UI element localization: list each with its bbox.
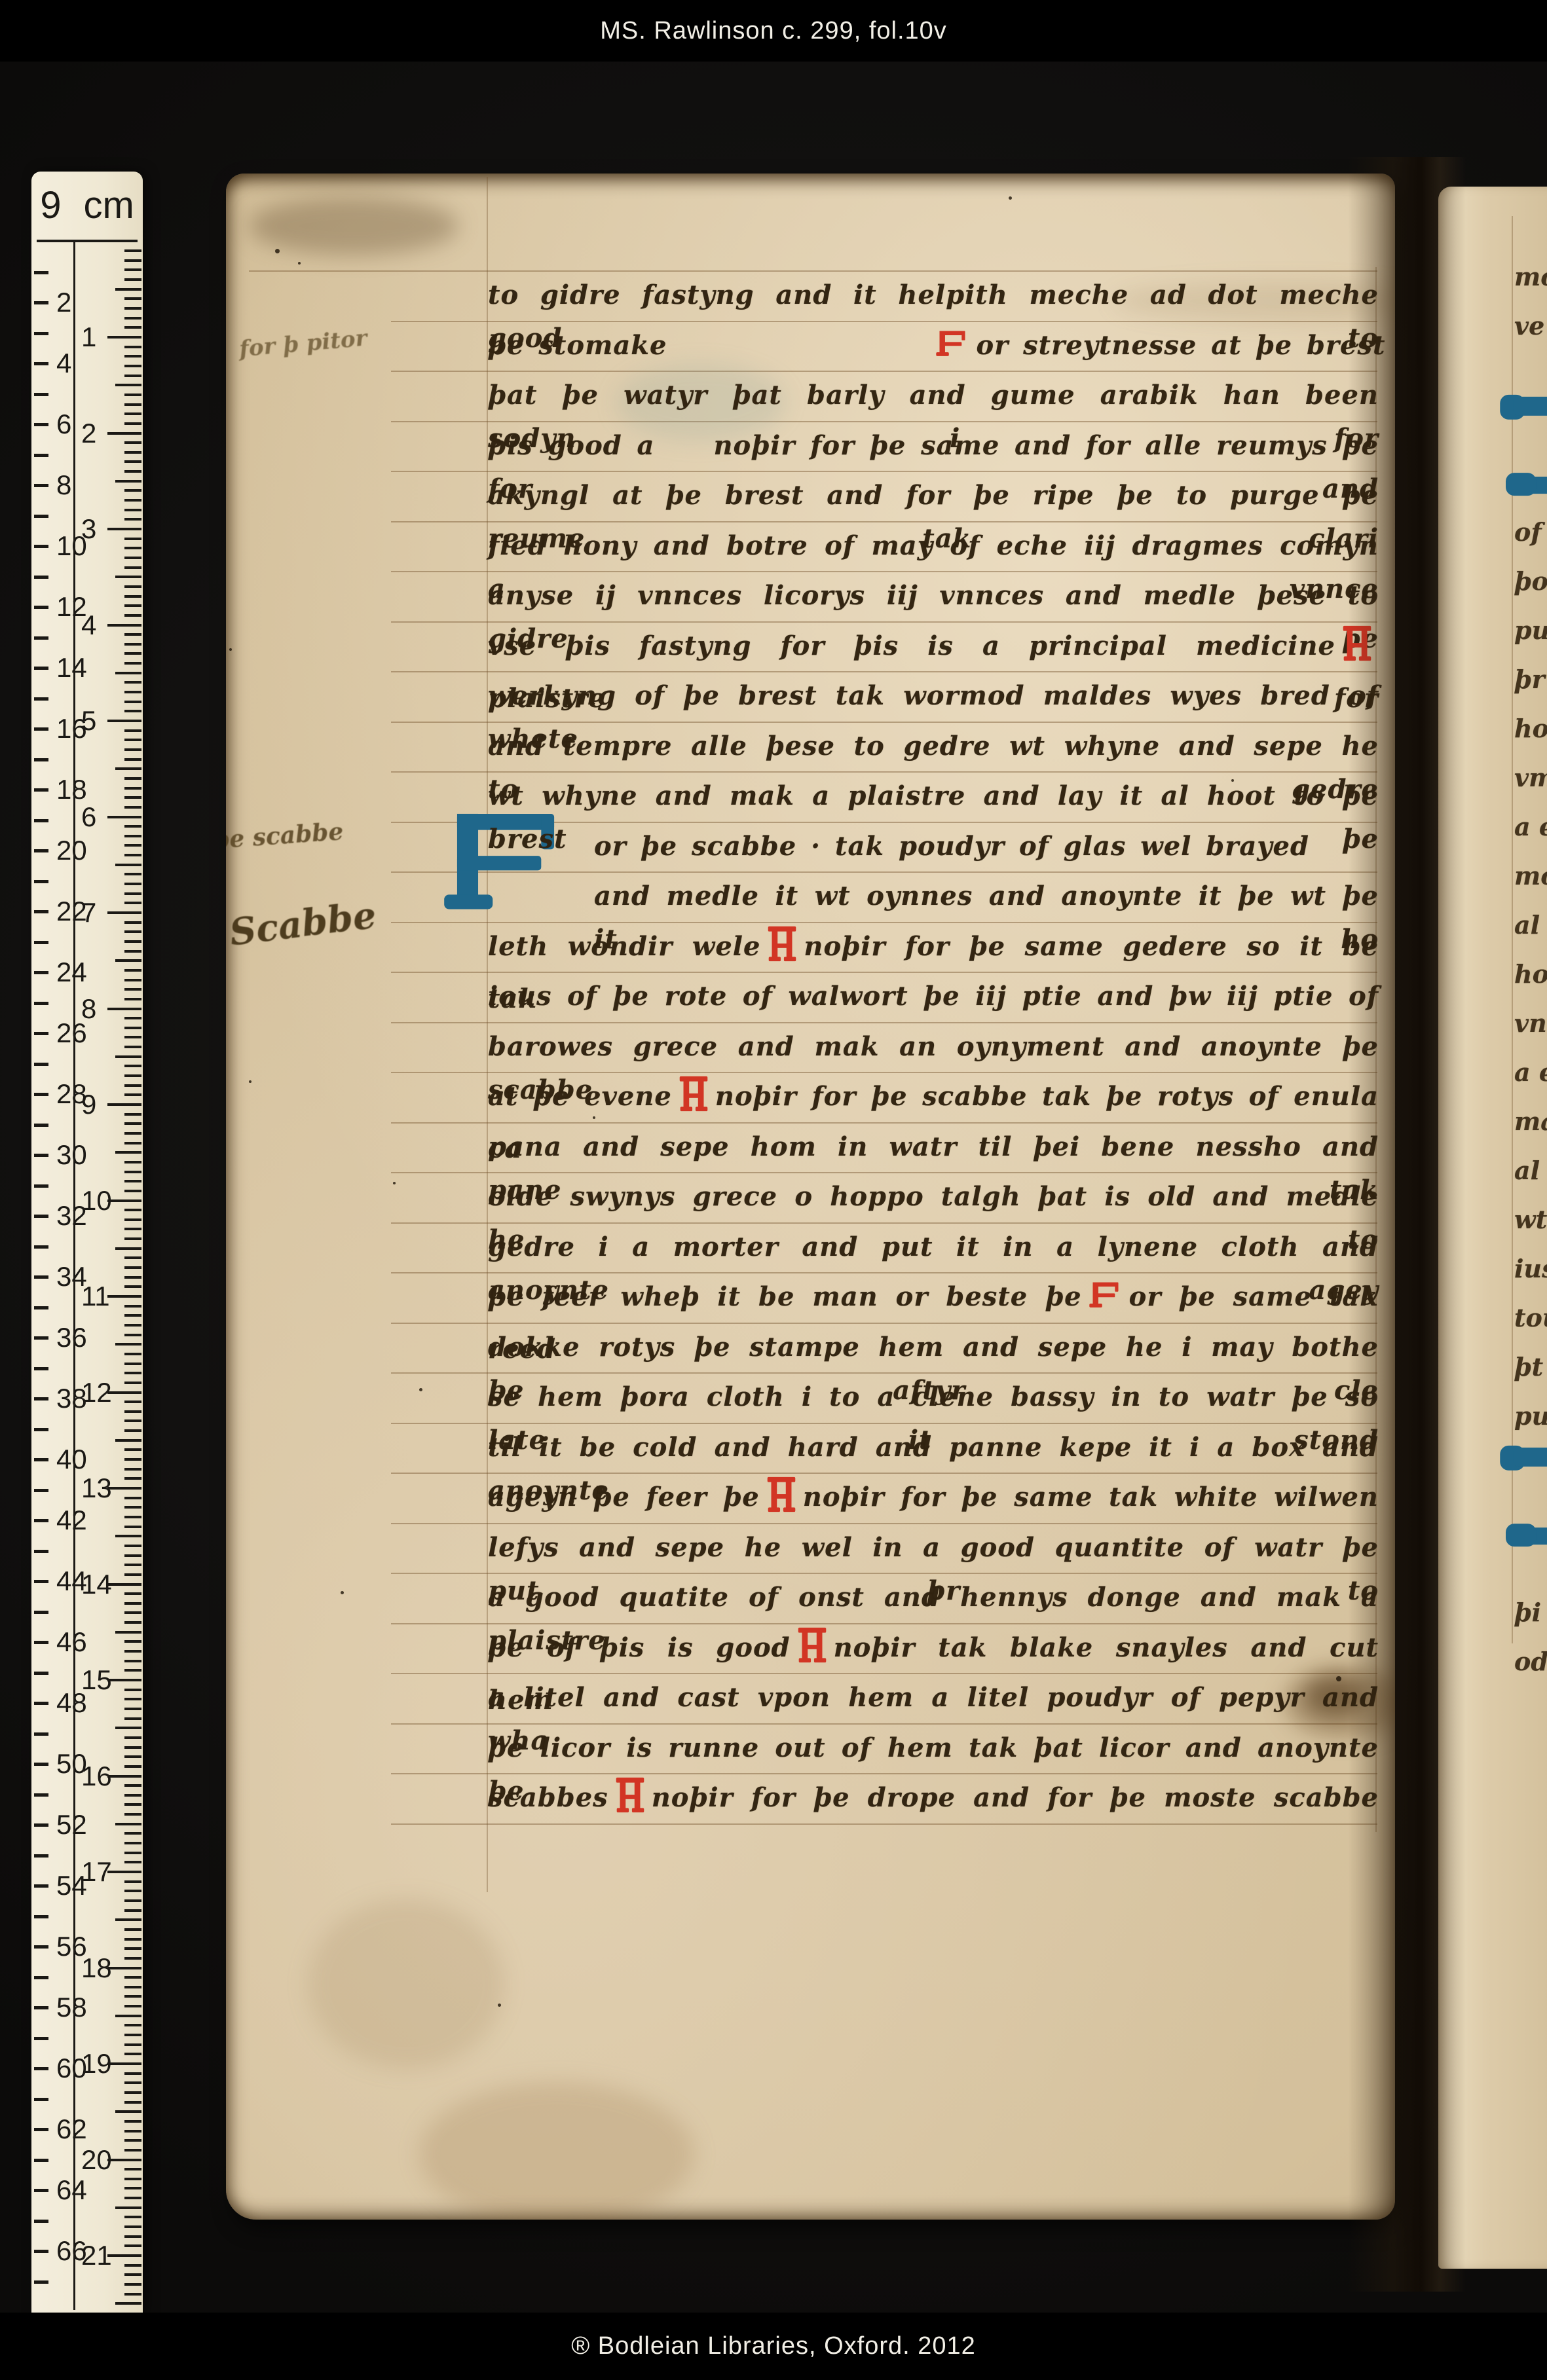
ruler-left-tick [34,849,48,852]
ruler-mm-tick [124,1650,141,1653]
ruler-mm-tick [124,2197,141,2199]
ruler-left-tick [34,1336,48,1340]
ruling-line [249,270,1377,272]
ruler-mm-tick [107,816,141,818]
ruler-left-tick [34,2280,48,2284]
ruler-mm-tick [124,2178,141,2180]
ruler-mm-tick [124,2264,141,2267]
ruler-left-tick [34,1124,48,1127]
ruler-left-number: 62 [56,2114,87,2145]
ruler-mm-tick [115,1055,141,1058]
marginal-annotation-note-top: for þ pitor [238,325,368,363]
ruler-mm-tick [124,1545,141,1547]
ruler-mm-tick [124,1861,141,1863]
manuscript-line: scabbesnoþir for þe drope and for þe mos… [488,1776,1379,1826]
ruler-left-tick [34,2189,48,2192]
initial-A-glyph [766,1476,796,1515]
ruler-mm-tick [124,326,141,329]
ruler-left-number: 30 [56,1139,87,1171]
parchment-speck [275,249,280,253]
ruler-left-tick [34,545,48,548]
ruler-mm-tick [124,268,141,271]
manuscript-line: leth wondir welenoþir for þe same gedere… [488,925,1379,975]
ruler-header: 9 cm [31,183,143,227]
ruler-cm-number: 3 [81,513,96,545]
ruler-mm-tick [107,2254,141,2257]
ruler-mm-tick [124,1122,141,1125]
ruler-mm-tick [115,2015,141,2017]
ruler-mm-tick [124,701,141,703]
ruler-mm-tick [124,557,141,559]
ruler-header-divider [37,240,138,242]
ruler-mm-tick [107,911,141,914]
ruler-mm-tick [124,1065,141,1067]
red-initial-A [1342,625,1372,677]
parchment-speck [419,1388,422,1391]
ruler-left-tick [34,727,48,731]
ruler-mm-tick [124,739,141,741]
ruler-mm-tick [115,2206,141,2209]
manuscript-text: leth wondir wele [488,931,760,962]
ruler-left-tick [34,1519,48,1522]
ruler-mm-tick [115,672,141,674]
ruler-mm-tick [107,1103,141,1106]
ruler-mm-tick [115,1823,141,1825]
ruler-mm-tick [124,1401,141,1403]
ruler-left-tick [34,971,48,974]
manuscript-text: vse þis fastyng for þis is a principal m… [488,631,1335,661]
ruler-mm-tick [115,480,141,483]
ruler-mm-tick [124,412,141,415]
initial-A-glyph [615,1776,645,1816]
ruler-cm-number: 9 [81,1089,96,1120]
manuscript-text: or þe scabbe · tak poudyr of glas wel br… [594,831,1309,862]
ruler-mm-tick [124,1880,141,1883]
facing-text-fragment: pu [1514,1401,1547,1431]
ruler-left-tick [34,1884,48,1888]
ruler-mm-tick [124,1324,141,1327]
manuscript-line: þe feer wheþ it be man or beste þeor þe … [488,1275,1379,1325]
initial-E-glyph [1499,393,1547,498]
ruler-mm-tick [124,1419,141,1422]
ruler-mm-tick [115,288,141,291]
ruler-left-tick [34,1184,48,1188]
ruler-left-number: 2 [56,287,71,318]
ruler-mm-tick [124,902,141,904]
ruler-mm-tick [115,384,141,386]
ruler-mm-tick [124,422,141,425]
facing-text-fragment: vn [1514,1008,1547,1038]
ruler-mm-tick [124,1237,141,1240]
ruler-mm-tick [107,1295,141,1298]
ruler-left-tick [34,636,48,640]
ruler-left-tick [34,1611,48,1614]
ruler-cm-number: 7 [81,897,96,928]
facing-text-fragment: od [1514,1647,1547,1676]
ruler-mm-tick [124,2168,141,2170]
ruler-left-tick [34,606,48,609]
ruler-mm-tick [124,1708,141,1710]
ruler-mm-tick [124,518,141,521]
ruler-mm-tick [124,729,141,732]
ruler-left-tick [34,910,48,913]
red-initial-F [935,324,969,376]
facing-blue-initial-E [1499,393,1547,501]
ruler-mm-tick [107,1391,141,1394]
ruler-left-tick [34,2037,48,2040]
ruler-mm-tick [124,652,141,655]
ruler-mm-tick [115,2110,141,2113]
ruler-mm-tick [107,1775,141,1778]
parchment-speck [341,1591,344,1594]
ruler-mm-tick [124,595,141,598]
ruler-mm-tick [124,691,141,693]
ruler-mm-tick [124,950,141,953]
ruler-mm-tick [124,297,141,300]
manuscript-text: noþir for þe drope and for þe moste scab… [652,1782,1379,1813]
ruler-mm-tick [124,1410,141,1413]
ruler-mm-tick [124,2293,141,2296]
manuscript-line: þe licor is runne out of hem tak þat lic… [488,1727,1379,1776]
ruler-left-tick [34,1245,48,1249]
ruler-center-line [73,241,75,2310]
ruler-cm-number: 11 [81,1281,110,1312]
ruler-left-tick [34,1367,48,1370]
ruler-mm-tick [124,681,141,684]
ruler-mm-tick [124,278,141,281]
ruler-mm-tick [124,365,141,367]
ruler-left-tick [34,1854,48,1858]
marginal-annotation-note-scabbe-small: þe scabbe [226,818,345,854]
ruler-mm-tick [124,2034,141,2036]
ruler-mm-tick [124,604,141,607]
marginal-annotation-note-scabbe-large: Scabbe [227,894,379,955]
ruler-mm-tick [124,892,141,895]
ruler-mm-tick [124,1218,141,1221]
ruler-left-tick [34,2098,48,2101]
ruler-mm-tick [107,1583,141,1586]
ruler-mm-tick [124,1353,141,1355]
ruler-mm-tick [124,796,141,799]
manuscript-text: at þe evene [488,1081,672,1112]
ruler-mm-tick [124,1516,141,1518]
ruler-left-tick [34,667,48,670]
ruler-mm-tick [124,1314,141,1317]
ruler-mm-tick [107,624,141,627]
facing-text-fragment: mo [1514,861,1547,890]
ruler-mm-tick [124,1036,141,1038]
ruler-mm-tick [124,1784,141,1787]
ruler-mm-tick [124,969,141,972]
ruler-mm-tick [124,2130,141,2133]
ruler-mm-tick [124,2091,141,2094]
ruler-mm-tick [124,1890,141,1892]
parchment-speck [498,2004,501,2007]
ruler-mm-tick [115,767,141,770]
ruler-mm-tick [124,1276,141,1279]
ruler-mm-tick [124,1017,141,1019]
ruler-mm-tick [124,403,141,406]
ruler-cm-number: 6 [81,801,96,833]
ruler-left-tick [34,1580,48,1583]
ruler-mm-tick [124,1842,141,1844]
ruler-mm-tick [124,547,141,549]
ruler-mm-tick [124,1957,141,1960]
ruler-mm-tick [124,1995,141,1998]
facing-text-fragment: a e [1514,812,1547,841]
ruler-mm-tick [107,1679,141,1681]
ruler-mm-tick [124,787,141,790]
ruler-left-number: 58 [56,1992,87,2023]
digitized-manuscript-photo: MS. Rawlinson c. 299, fol.10v 9 cm 24681… [0,0,1547,2380]
facing-page-edge: moveofþopuþrhovma emoalhouvna emaal bwti… [1438,187,1547,2269]
ruler-left-tick [34,1976,48,1979]
ruler-left-tick [34,1945,48,1949]
manuscript-text: þe feer wheþ it be man or beste þe [488,1281,1082,1312]
ruler-mm-tick [124,748,141,751]
manuscript-line: at þe evenenoþir for þe scabbe tak þe ro… [488,1075,1379,1125]
manuscript-page: for þ pitorþe scabbeScabbe to gidre fast… [226,174,1395,2220]
parchment-speck [1009,196,1012,200]
ruler-left-tick [34,1489,48,1492]
manuscript-line: or þe scabbe · tak poudyr of glas wel br… [594,825,1379,875]
top-caption-bar: MS. Rawlinson c. 299, fol.10v [0,0,1547,62]
ruler-left-number: 8 [56,469,71,501]
ruler-left-tick [34,2220,48,2223]
ruler-mm-tick [124,1190,141,1192]
ruler-mm-tick [124,259,141,262]
ruler-left-tick [34,819,48,822]
shelfmark-title: MS. Rawlinson c. 299, fol.10v [600,17,947,45]
ruler-mm-tick [124,1717,141,1720]
manuscript-text: ious of þe rote of walwort þe iij ptie a… [488,981,1379,1012]
ruler-mm-tick [124,1947,141,1950]
manuscript-line: þe of þis is goodnoþir tak blake snayles… [488,1626,1379,1676]
ruler-mm-tick [115,1343,141,1346]
ruler-left-tick [34,332,48,335]
parchment-stain [419,2082,694,2220]
ruler-left-tick [34,758,48,761]
manuscript-line: werkyng of þe brest tak wormod maldes wy… [488,674,1379,724]
ruler-mm-tick [124,1209,141,1211]
manuscript-line: þat þe watyr þat barly and gume arabik h… [488,374,1379,424]
ruler-mm-tick [124,835,141,837]
facing-text-fragment: pu [1514,615,1547,645]
ruler-mm-tick [124,1382,141,1384]
ruler-mm-tick [124,1611,141,1614]
ruler-mm-tick [124,451,141,454]
ruler-left-tick [34,2067,48,2070]
manuscript-text: þe stomake [488,330,667,361]
ruler-mm-tick [124,2139,141,2142]
ruler-mm-tick [124,1372,141,1374]
ruler-left-tick [34,1458,48,1461]
ruler-mm-tick [124,489,141,492]
ruler-mm-tick [124,2244,141,2247]
ruler-mm-tick [124,2283,141,2286]
ruler-mm-tick [124,1142,141,1144]
ruler-mm-tick [124,1592,141,1595]
manuscript-line: til it be cold and hard and panne kepe i… [488,1426,1379,1476]
manuscript-line: wt whyne and mak a plaistre and lay it a… [488,775,1379,824]
ruler-mm-tick [124,2072,141,2075]
line-gap [667,354,929,354]
ruler-mm-tick [115,1151,141,1154]
ruler-mm-tick [107,2062,141,2065]
facing-text-fragment: ius [1514,1254,1547,1283]
ruler-mm-tick [124,1429,141,1432]
ruler-left-tick [34,1215,48,1218]
ruler-mm-tick [124,375,141,377]
manuscript-text: noþir for þe same tak white wilwen [803,1482,1379,1512]
facing-text-fragment: wt [1514,1205,1547,1234]
ruler-left-number: 20 [56,835,87,866]
ruler-left-tick [34,2159,48,2162]
ruler-mm-tick [124,1813,141,1816]
ruler-mm-tick [124,1852,141,1854]
manuscript-line: vse þis fastyng for þis is a principal m… [488,625,1379,674]
ruler-mm-tick [107,1008,141,1010]
ruler-mm-tick [124,614,141,617]
ruler-mm-tick [124,662,141,665]
ruler-left-tick [34,1032,48,1035]
ruler-mm-tick [124,1266,141,1269]
manuscript-line: olde swynys grece o hoppo talgh þat is o… [488,1175,1379,1225]
ruler-left-tick [34,1641,48,1644]
ruler-mm-tick [115,2302,141,2305]
ruler-left-tick [34,1306,48,1309]
facing-text-fragment: mo [1514,262,1547,291]
facing-text-fragment: a e [1514,1057,1547,1087]
ruler-mm-tick [124,1736,141,1739]
facing-text-fragment: ho [1514,714,1547,743]
manuscript-text: or streytnesse at þe brest [976,330,1385,361]
ruler-mm-tick [124,585,141,588]
ruler-mm-tick [124,1899,141,1902]
ruler-mm-tick [124,470,141,473]
manuscript-line: and medle it wt oynnes and anoynte it þe… [594,875,1379,925]
ruler-left-tick [34,1915,48,1918]
ruler-left-number: 64 [56,2174,87,2206]
parchment-speck [229,648,232,651]
manuscript-line: þe stomakeor streytnesse at þe brest [488,324,1379,374]
ruler-mm-tick [124,883,141,885]
ruler-left-number: 40 [56,1444,87,1475]
ruler-left-number: 36 [56,1322,87,1353]
ruler-left-tick [34,1063,48,1066]
ruler-left-tick [34,1763,48,1766]
ruler-mm-tick [124,1180,141,1182]
ruler-mm-tick [124,1458,141,1461]
ruler-cm-number: 4 [81,610,96,641]
parchment-speck [393,1182,396,1184]
manuscript-line: se hem þora cloth i to a clene bassy in … [488,1376,1379,1425]
facing-text-fragment: þt [1514,1352,1543,1382]
ruler-left-tick [34,1672,48,1675]
manuscript-line: dokke rotys þe stampe hem and sepe he i … [488,1326,1379,1376]
ruler-mm-tick [124,1171,141,1173]
parchment-speck [1336,1676,1341,1681]
facing-text-fragment: vm [1514,763,1547,792]
manuscript-text: þis good a [488,430,654,461]
ruler-mm-tick [107,1487,141,1490]
ruler-mm-tick [124,1228,141,1230]
initial-A-glyph [797,1626,827,1666]
ruler-mm-tick [124,1803,141,1806]
ruler-left-number: 42 [56,1505,87,1536]
ruler-mm-tick [124,854,141,856]
ruler-mm-tick [115,1247,141,1250]
ruler-left-tick [34,1550,48,1553]
facing-text-fragment: hou [1514,959,1547,989]
ruler-mm-tick [124,346,141,348]
ruler-mm-tick [124,509,141,511]
ruler-mm-tick [124,979,141,981]
ruler-left-tick [34,1093,48,1096]
ruler-mm-tick [124,1285,141,1288]
ruler-left-tick [34,2128,48,2131]
ruler-mm-tick [107,528,141,530]
ruler-mm-tick [124,1506,141,1509]
ruler-left-tick [34,1397,48,1401]
ruler-mm-tick [124,1448,141,1451]
ruler-mm-tick [124,2225,141,2228]
ruler-mm-tick [124,1084,141,1087]
ruler-left-tick [34,1002,48,1005]
parchment-speck [1231,779,1234,782]
ruler-mm-tick [124,317,141,320]
ruler-mm-tick [124,1161,141,1163]
ruler-mm-tick [124,307,141,310]
manuscript-line: fied hony and botre of may of eche iij d… [488,524,1379,574]
manuscript-text: scabbes [488,1782,608,1813]
ruler-mm-tick [124,2081,141,2084]
manuscript-line: akyngl at þe brest and for þe ripe þe to… [488,474,1379,524]
ruler-mm-tick [124,1621,141,1624]
red-initial-A [767,925,797,978]
ruler-left-tick [34,1823,48,1827]
parchment-speck [593,1116,595,1119]
ruler-mm-tick [124,1256,141,1259]
ruler-left-tick [34,788,48,792]
ruler-mm-tick [124,1573,141,1576]
manuscript-line: lefys and sepe he wel in a good quantite… [488,1526,1379,1576]
ruler-mm-tick [124,940,141,943]
ruler-mm-tick [124,1027,141,1029]
ruler-mm-tick [124,930,141,933]
manuscript-line: pana and sepe hom in watr til þei bene n… [488,1126,1379,1175]
ruler-left-tick [34,1154,48,1157]
ruler-mm-tick [115,1727,141,1729]
ruler-mm-tick [124,2120,141,2123]
red-initial-A [679,1075,709,1127]
ruler-mm-tick [124,1554,141,1557]
manuscript-line: and tempre alle þese to gedre wt whyne a… [488,725,1379,775]
ruler-left-tick [34,301,48,304]
ruler-mm-tick [124,1794,141,1797]
ruler-mm-tick [124,710,141,712]
ruler-left-tick [34,1702,48,1705]
ruler-left-tick [34,393,48,396]
ruler-mm-tick [124,643,141,646]
ruler-left-tick [34,423,48,426]
initial-E-glyph [1499,1444,1547,1548]
ruler-left-tick [34,2250,48,2253]
ruler-mm-tick [124,1046,141,1048]
ruler-mm-tick [107,336,141,339]
ruler-mm-tick [124,1305,141,1308]
ruler-mm-tick [124,1938,141,1941]
